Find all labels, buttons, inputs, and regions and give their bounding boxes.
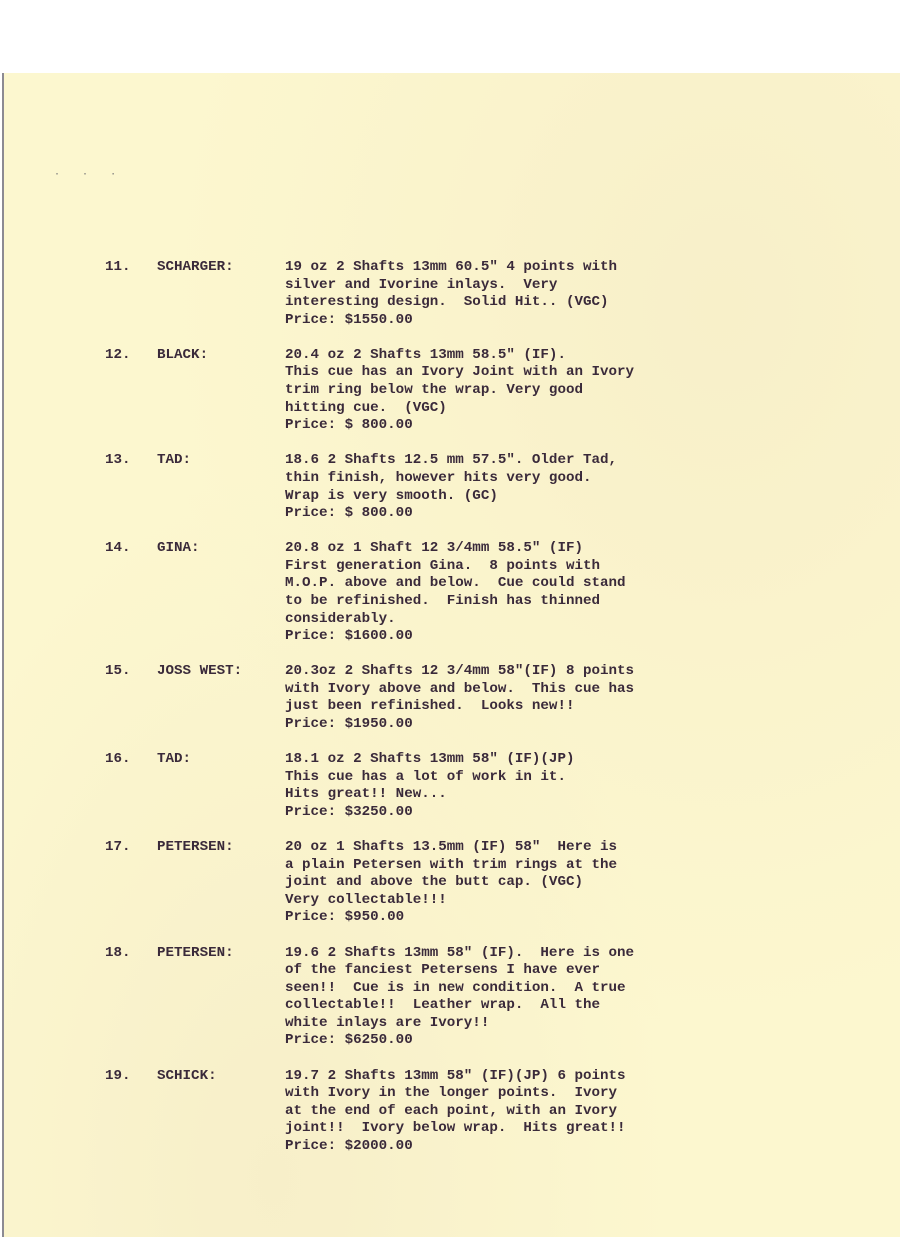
listing-item: 11.SCHARGER:19 oz 2 Shafts 13mm 60.5" 4 … (105, 259, 745, 329)
item-maker: GINA: (157, 540, 285, 646)
item-price: Price: $ 800.00 (285, 505, 745, 523)
description-line: This cue has an Ivory Joint with an Ivor… (285, 364, 745, 382)
description-line: thin finish, however hits very good. (285, 470, 745, 488)
item-description: 20 oz 1 Shafts 13.5mm (IF) 58" Here isa … (285, 839, 745, 927)
item-maker: PETERSEN: (157, 945, 285, 1051)
cue-listing: 11.SCHARGER:19 oz 2 Shafts 13mm 60.5" 4 … (105, 259, 745, 1173)
item-price: Price: $1950.00 (285, 716, 745, 734)
item-price: Price: $1600.00 (285, 628, 745, 646)
description-line: a plain Petersen with trim rings at the (285, 857, 745, 875)
item-description: 20.8 oz 1 Shaft 12 3/4mm 58.5" (IF)First… (285, 540, 745, 646)
description-line: joint and above the butt cap. (VGC) (285, 874, 745, 892)
description-line: Wrap is very smooth. (GC) (285, 488, 745, 506)
item-price: Price: $6250.00 (285, 1032, 745, 1050)
item-number: 13. (105, 452, 157, 522)
description-line: trim ring below the wrap. Very good (285, 382, 745, 400)
item-maker: SCHICK: (157, 1068, 285, 1156)
item-number: 12. (105, 347, 157, 435)
description-line: 20.3oz 2 Shafts 12 3/4mm 58"(IF) 8 point… (285, 663, 745, 681)
item-number: 17. (105, 839, 157, 927)
item-number: 15. (105, 663, 157, 733)
item-price: Price: $ 800.00 (285, 417, 745, 435)
description-line: First generation Gina. 8 points with (285, 558, 745, 576)
item-maker: PETERSEN: (157, 839, 285, 927)
listing-item: 15.JOSS WEST:20.3oz 2 Shafts 12 3/4mm 58… (105, 663, 745, 733)
item-maker: TAD: (157, 452, 285, 522)
listing-item: 14.GINA:20.8 oz 1 Shaft 12 3/4mm 58.5" (… (105, 540, 745, 646)
item-description: 18.6 2 Shafts 12.5 mm 57.5". Older Tad,t… (285, 452, 745, 522)
item-price: Price: $950.00 (285, 909, 745, 927)
description-line: This cue has a lot of work in it. (285, 769, 745, 787)
item-description: 19 oz 2 Shafts 13mm 60.5" 4 points withs… (285, 259, 745, 329)
description-line: 18.1 oz 2 Shafts 13mm 58" (IF)(JP) (285, 751, 745, 769)
description-line: joint!! Ivory below wrap. Hits great!! (285, 1120, 745, 1138)
description-line: 20.8 oz 1 Shaft 12 3/4mm 58.5" (IF) (285, 540, 745, 558)
description-line: 19.7 2 Shafts 13mm 58" (IF)(JP) 6 points (285, 1068, 745, 1086)
description-line: at the end of each point, with an Ivory (285, 1103, 745, 1121)
item-number: 11. (105, 259, 157, 329)
item-price: Price: $3250.00 (285, 804, 745, 822)
description-line: 18.6 2 Shafts 12.5 mm 57.5". Older Tad, (285, 452, 745, 470)
description-line: 20 oz 1 Shafts 13.5mm (IF) 58" Here is (285, 839, 745, 857)
item-number: 16. (105, 751, 157, 821)
description-line: 20.4 oz 2 Shafts 13mm 58.5" (IF). (285, 347, 745, 365)
item-number: 19. (105, 1068, 157, 1156)
item-maker: JOSS WEST: (157, 663, 285, 733)
item-maker: TAD: (157, 751, 285, 821)
item-number: 14. (105, 540, 157, 646)
description-line: collectable!! Leather wrap. All the (285, 997, 745, 1015)
description-line: interesting design. Solid Hit.. (VGC) (285, 294, 745, 312)
description-line: silver and Ivorine inlays. Very (285, 277, 745, 295)
item-price: Price: $2000.00 (285, 1138, 745, 1156)
description-line: M.O.P. above and below. Cue could stand (285, 575, 745, 593)
listing-item: 12.BLACK:20.4 oz 2 Shafts 13mm 58.5" (IF… (105, 347, 745, 435)
listing-item: 17.PETERSEN:20 oz 1 Shafts 13.5mm (IF) 5… (105, 839, 745, 927)
description-line: Hits great!! New... (285, 786, 745, 804)
description-line: 19 oz 2 Shafts 13mm 60.5" 4 points with (285, 259, 745, 277)
item-description: 19.6 2 Shafts 13mm 58" (IF). Here is one… (285, 945, 745, 1051)
item-description: 19.7 2 Shafts 13mm 58" (IF)(JP) 6 points… (285, 1068, 745, 1156)
item-description: 20.3oz 2 Shafts 12 3/4mm 58"(IF) 8 point… (285, 663, 745, 733)
description-line: with Ivory above and below. This cue has (285, 681, 745, 699)
item-number: 18. (105, 945, 157, 1051)
item-maker: SCHARGER: (157, 259, 285, 329)
description-line: to be refinished. Finish has thinned (285, 593, 745, 611)
paper-specks: · · · (54, 169, 124, 180)
description-line: just been refinished. Looks new!! (285, 698, 745, 716)
description-line: of the fanciest Petersens I have ever (285, 962, 745, 980)
item-description: 18.1 oz 2 Shafts 13mm 58" (IF)(JP)This c… (285, 751, 745, 821)
description-line: Very collectable!!! (285, 892, 745, 910)
description-line: 19.6 2 Shafts 13mm 58" (IF). Here is one (285, 945, 745, 963)
description-line: hitting cue. (VGC) (285, 400, 745, 418)
listing-item: 19.SCHICK:19.7 2 Shafts 13mm 58" (IF)(JP… (105, 1068, 745, 1156)
item-price: Price: $1550.00 (285, 312, 745, 330)
listing-item: 18.PETERSEN:19.6 2 Shafts 13mm 58" (IF).… (105, 945, 745, 1051)
description-line: white inlays are Ivory!! (285, 1015, 745, 1033)
description-line: seen!! Cue is in new condition. A true (285, 980, 745, 998)
description-line: considerably. (285, 611, 745, 629)
item-description: 20.4 oz 2 Shafts 13mm 58.5" (IF).This cu… (285, 347, 745, 435)
item-maker: BLACK: (157, 347, 285, 435)
listing-item: 16.TAD:18.1 oz 2 Shafts 13mm 58" (IF)(JP… (105, 751, 745, 821)
listing-item: 13.TAD:18.6 2 Shafts 12.5 mm 57.5". Olde… (105, 452, 745, 522)
description-line: with Ivory in the longer points. Ivory (285, 1085, 745, 1103)
